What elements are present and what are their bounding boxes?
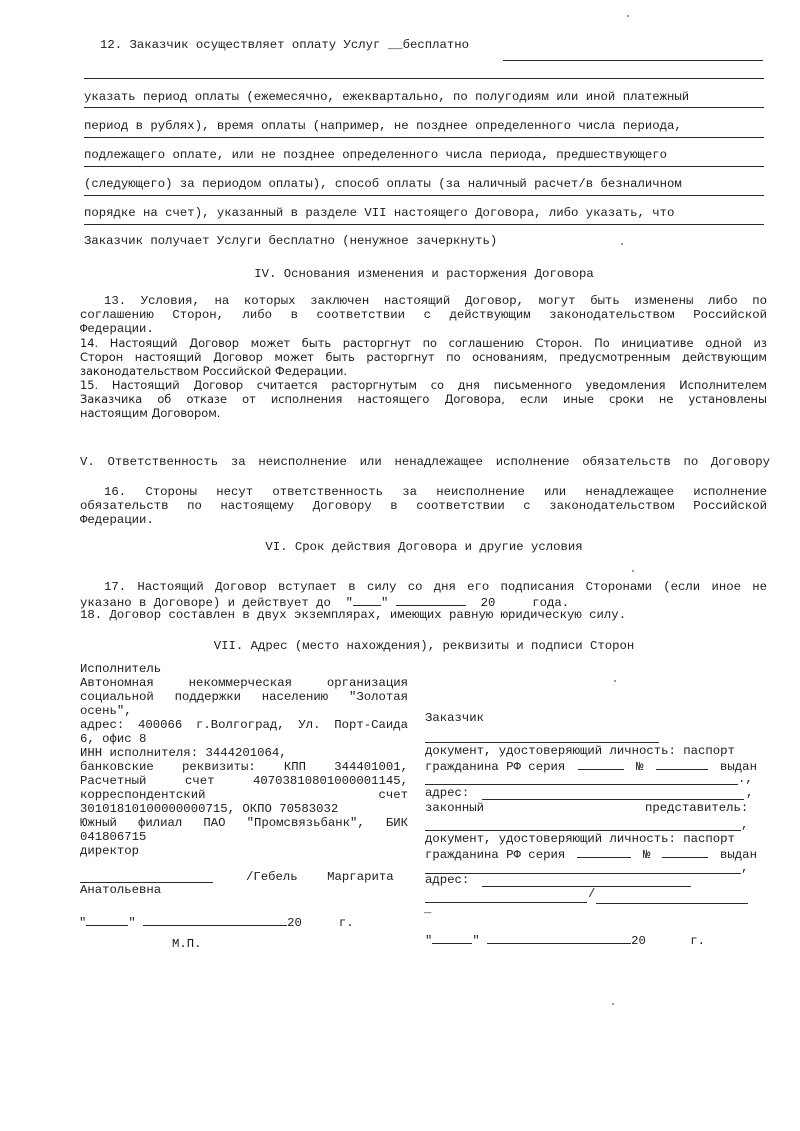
executor-heading: Исполнитель xyxy=(80,662,161,676)
section-5-title: V. Ответственность за неисполнение или н… xyxy=(80,455,770,469)
executor-detail-line: ИНН исполнителя: 3444201064, xyxy=(80,746,408,760)
passport-number-blank xyxy=(662,846,708,858)
payment-line-5 xyxy=(84,195,764,196)
signature-dash: _ xyxy=(424,902,431,916)
executor-detail-line: осень", xyxy=(80,704,408,718)
executor-details: Автономная некоммерческая организациясоц… xyxy=(80,676,408,858)
clause-12-lead: 12. Заказчик осуществляет оплату Услуг _… xyxy=(100,38,469,52)
rep-end-punct: , xyxy=(741,818,748,832)
payment-line-4 xyxy=(84,166,764,167)
payment-line-6 xyxy=(84,224,764,225)
quote-mark: " xyxy=(425,934,432,948)
year-suffix: г. xyxy=(690,934,705,948)
clause-15-line: 15. Настоящий Договор считается расторгн… xyxy=(80,378,767,392)
customer-month-blank xyxy=(487,932,631,944)
customer-address-line xyxy=(482,799,744,800)
clause-16-line: обязательств по настоящему Договору в со… xyxy=(80,499,767,513)
passport-series-label: гражданина РФ серия xyxy=(425,760,565,774)
payment-line-3 xyxy=(84,137,764,138)
quote-mark: " xyxy=(128,916,135,930)
clause-12-text: 12. Заказчик осуществляет оплату Услуг _… xyxy=(100,38,403,52)
representative-issued-by-line xyxy=(425,873,741,874)
customer-name-line xyxy=(425,742,659,743)
payment-hint-5: порядке на счет), указанный в разделе VI… xyxy=(84,206,674,220)
executor-month-blank xyxy=(143,914,287,926)
clause-13-line: Федерации. xyxy=(80,322,767,336)
executor-detail-line: 041806715 xyxy=(80,830,408,844)
scan-speck xyxy=(621,243,623,245)
scan-speck xyxy=(632,570,634,572)
section-6-title: VI. Срок действия Договора и другие усло… xyxy=(0,540,800,554)
year-prefix: 20 xyxy=(287,916,302,930)
section-4-title: IV. Основания изменения и расторжения До… xyxy=(0,267,800,281)
payment-blank-line xyxy=(503,60,763,61)
year-suffix: г. xyxy=(339,916,354,930)
clause-15-line: настоящим Договором. xyxy=(80,406,767,420)
payment-line-1 xyxy=(84,78,764,79)
customer-signature-line xyxy=(425,902,587,903)
clause-14-line: 14. Настоящий Договор может быть расторг… xyxy=(80,336,767,350)
scan-speck xyxy=(614,680,616,682)
clause-14: 14. Настоящий Договор может быть расторг… xyxy=(80,336,767,378)
customer-passport-line: гражданина РФ серия № выдан xyxy=(425,758,757,774)
executor-detail-line: директор xyxy=(80,844,408,858)
clause-15: 15. Настоящий Договор считается расторгн… xyxy=(80,378,767,420)
clause-13-line: соглашению Сторон, либо в соответствии с… xyxy=(80,308,767,322)
executor-day-blank xyxy=(86,914,128,926)
representative-label-b: представитель: xyxy=(645,801,748,815)
clause-14-line: Сторон настоящий Договор может быть раст… xyxy=(80,350,767,364)
payment-value: бесплатно xyxy=(403,38,469,52)
executor-detail-line: Автономная некоммерческая организация xyxy=(80,676,408,690)
payment-hint-6: Заказчик получает Услуги бесплатно (нену… xyxy=(84,234,497,248)
executor-detail-line: социальной поддержки населению "Золотая xyxy=(80,690,408,704)
representative-name-line xyxy=(425,830,741,831)
signature-slash: / xyxy=(588,887,595,901)
clause-16: 16. Стороны несут ответственность за неи… xyxy=(80,485,767,527)
scan-speck xyxy=(612,1003,614,1005)
representative-address-label: адрес: xyxy=(425,873,469,887)
customer-doc-line: документ, удостоверяющий личность: паспо… xyxy=(425,744,735,758)
payment-hint-3: подлежащего оплате, или не позднее опред… xyxy=(84,148,667,162)
quote-mark: " xyxy=(472,934,479,948)
clause-18: 18. Договор составлен в двух экземплярах… xyxy=(80,608,626,622)
customer-day-blank xyxy=(432,932,472,944)
clause-16-line: 16. Стороны несут ответственность за неи… xyxy=(80,485,767,499)
address-end-punct: , xyxy=(746,786,753,800)
passport-series-blank xyxy=(577,846,631,858)
section-7-title: VII. Адрес (место нахождения), реквизиты… xyxy=(0,639,800,653)
representative-doc-line: документ, удостоверяющий личность: паспо… xyxy=(425,832,735,846)
executor-detail-line: Расчетный счет 40703810801000001145, xyxy=(80,774,408,788)
passport-number-label: № xyxy=(636,760,643,774)
customer-heading: Заказчик xyxy=(425,711,484,725)
payment-hint-1: указать период оплаты (ежемесячно, ежекв… xyxy=(84,90,689,104)
executor-detail-line: 30101810100000000715, ОКПО 70583032 xyxy=(80,802,408,816)
end-month-blank xyxy=(396,594,466,606)
customer-signature-name-line xyxy=(596,903,748,904)
passport-series-blank xyxy=(578,758,624,770)
rep-issued-end-punct: , xyxy=(741,861,748,875)
representative-label-a: законный xyxy=(425,801,484,815)
clause-16-line: Федерации. xyxy=(80,513,767,527)
scan-speck xyxy=(627,15,629,17)
clause-17-line-1: 17. Настоящий Договор вступает в силу со… xyxy=(104,580,767,594)
clause-15-line: Заказчика об отказе от исполнения настоя… xyxy=(80,392,767,406)
payment-hint-4: (следующего) за периодом оплаты), способ… xyxy=(84,177,682,191)
payment-line-2 xyxy=(84,107,764,108)
representative-address-line xyxy=(482,886,691,887)
executor-detail-line: корреспондентский счет xyxy=(80,788,408,802)
issued-label: выдан xyxy=(720,848,757,862)
year-prefix: 20 xyxy=(631,934,646,948)
clause-13: 13. Условия, на которых заключен настоящ… xyxy=(80,294,767,336)
end-day-blank xyxy=(353,594,381,606)
clause-13-line: 13. Условия, на которых заключен настоящ… xyxy=(80,294,767,308)
executor-detail-line: Южный филиал ПАО "Промсвязьбанк", БИК xyxy=(80,816,408,830)
stamp-placeholder: М.П. xyxy=(172,937,202,951)
clause-14-line: законодательством Российской Федерации. xyxy=(80,364,767,378)
executor-signatory-patronymic: Анатольевна xyxy=(80,883,161,897)
executor-detail-line: банковские реквизиты: КПП 344401001, xyxy=(80,760,408,774)
payment-hint-2: период в рублях), время оплаты (например… xyxy=(84,119,682,133)
representative-passport-line: гражданина РФ серия № выдан xyxy=(425,846,757,862)
passport-series-label: гражданина РФ серия xyxy=(425,848,565,862)
contract-page: 12. Заказчик осуществляет оплату Услуг _… xyxy=(0,0,800,1131)
customer-date: "" 20 г. xyxy=(425,932,705,948)
customer-issued-by-line xyxy=(425,784,738,785)
quote-mark: " xyxy=(79,916,86,930)
executor-detail-line: адрес: 400066 г.Волгоград, Ул. Порт-Саид… xyxy=(80,718,408,732)
executor-signatory-name: /Гебель Маргарита xyxy=(246,870,394,884)
passport-number-blank xyxy=(656,758,708,770)
customer-address-label: адрес: xyxy=(425,786,469,800)
issued-end-punct: ., xyxy=(738,772,753,786)
executor-detail-line: 6, офис 8 xyxy=(80,732,408,746)
executor-date: "" 20 г. xyxy=(79,914,354,930)
passport-number-label: № xyxy=(643,848,650,862)
